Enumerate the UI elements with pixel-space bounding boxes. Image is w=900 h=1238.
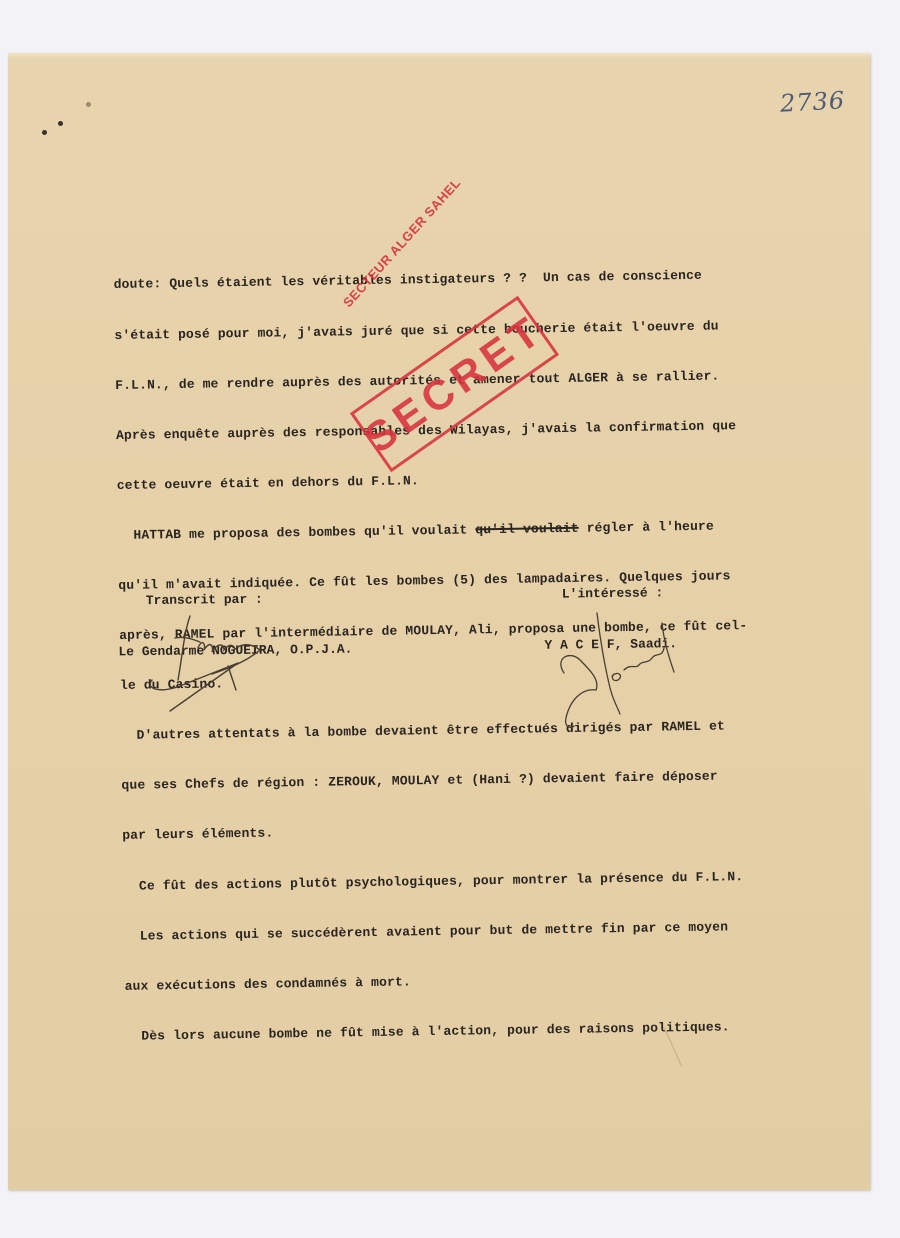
transcriber-label: Transcrit par :	[118, 590, 352, 610]
page-number: 2736	[779, 86, 845, 117]
body-line: HATTAB me proposa des bombes qu'il voula…	[117, 517, 817, 545]
struck-text: qu'il voulait	[475, 521, 579, 538]
body-line: cette oeuvre était en dehors du F.L.N.	[117, 467, 817, 495]
body-line: D'autres attentats à la bombe devaient ê…	[121, 717, 821, 745]
paper-crease	[660, 1025, 700, 1075]
subject-label: L'intéressé :	[540, 584, 677, 603]
body-line: Dès lors aucune bombe ne fût mise à l'ac…	[125, 1018, 825, 1046]
body-line: par leurs éléments.	[122, 817, 822, 845]
body-line: Ce fût des actions plutôt psychologiques…	[123, 867, 823, 895]
body-line: Les actions qui se succédèrent avaient p…	[124, 918, 824, 946]
transcriber-signature	[140, 608, 280, 718]
body-line: Après enquête auprès des responsables de…	[116, 417, 816, 445]
punch-hole	[58, 121, 63, 126]
body-line: doute: Quels étaient les véritables inst…	[114, 266, 814, 294]
body-text-segment: HATTAB me proposa des bombes qu'il voula…	[117, 522, 475, 543]
body-line: aux exécutions des condamnés à mort.	[125, 968, 825, 996]
subject-signature	[552, 608, 692, 738]
body-text-segment: régler à l'heure	[579, 518, 714, 535]
punch-hole	[42, 130, 47, 135]
punch-hole	[86, 102, 91, 107]
body-line: que ses Chefs de région : ZEROUK, MOULAY…	[121, 767, 821, 795]
